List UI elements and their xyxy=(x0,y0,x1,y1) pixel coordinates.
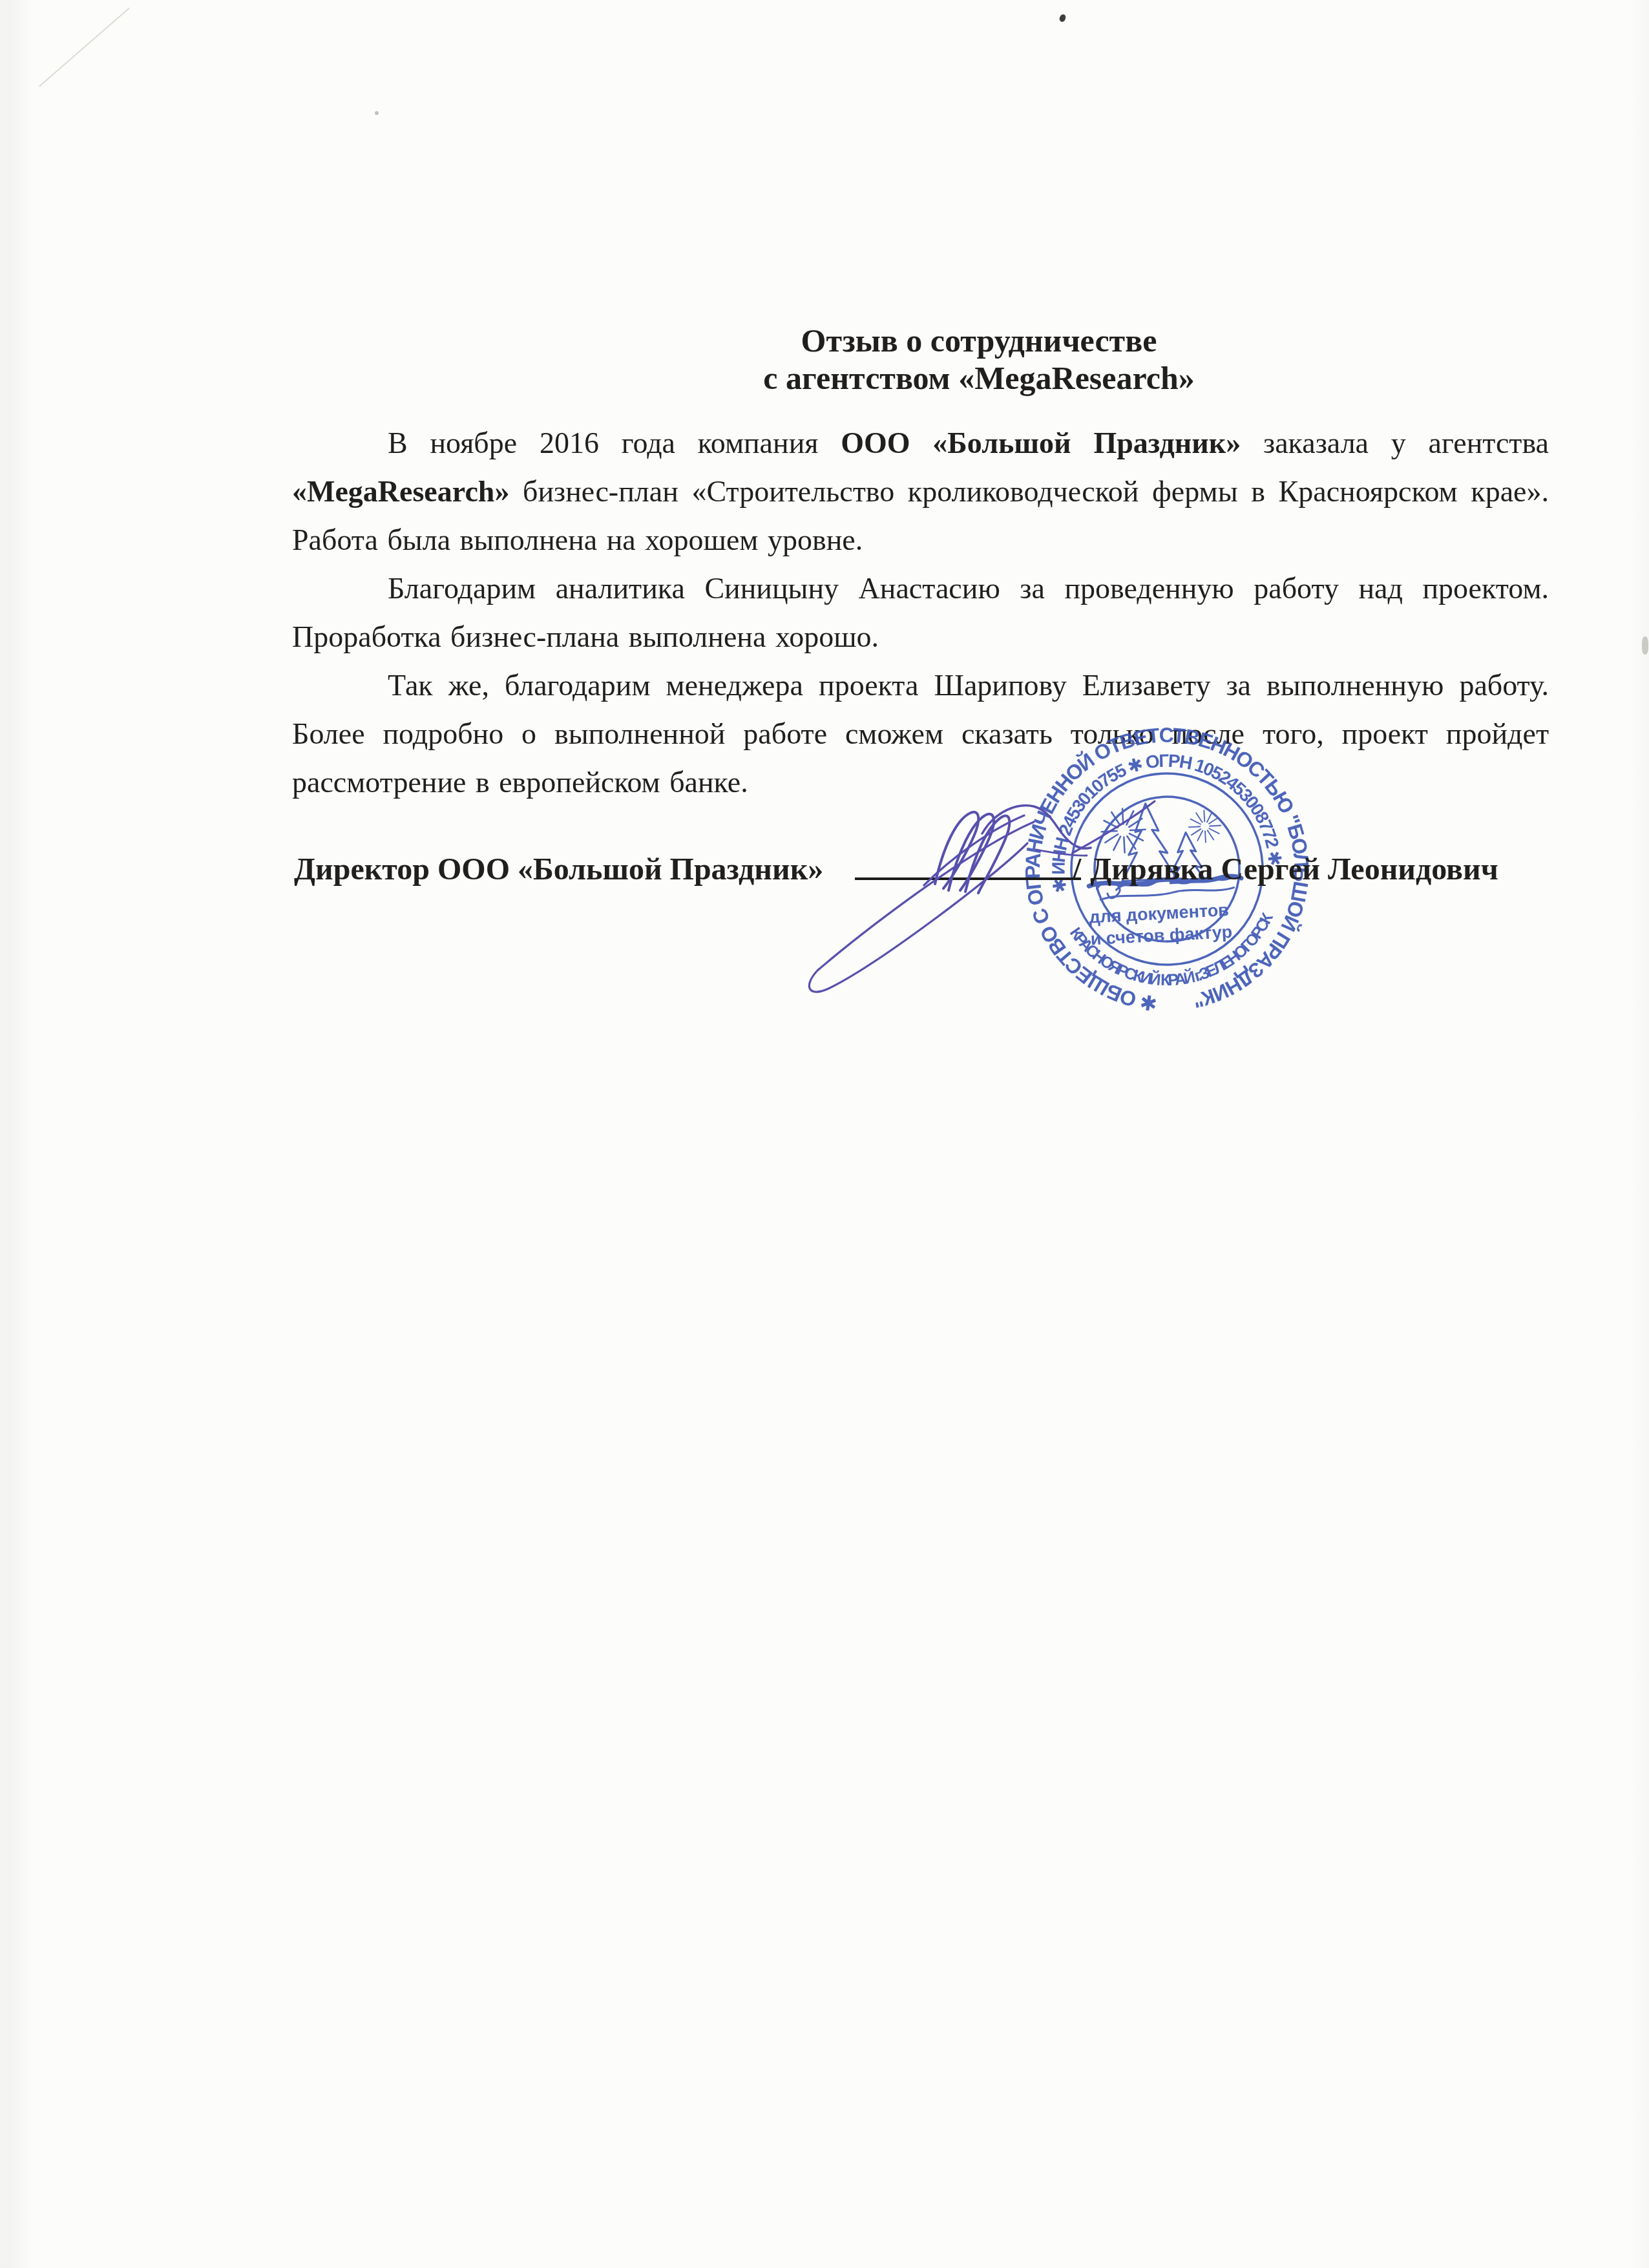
paragraph: В ноябре 2016 года компания ООО «Большой… xyxy=(292,419,1549,564)
scan-speck xyxy=(1058,14,1067,23)
scan-speck xyxy=(1642,636,1648,655)
signature-strokes xyxy=(809,801,1155,992)
scan-scratch xyxy=(39,8,130,87)
document-title-line1: Отзыв о сотрудничестве xyxy=(349,322,1609,359)
handwritten-signature xyxy=(769,775,1189,1021)
paragraph: Благодарим аналитика Синицыну Анастасию … xyxy=(292,564,1549,661)
scan-speck xyxy=(375,111,379,115)
scanned-letter-page: Отзыв о сотрудничестве с агентством «Meg… xyxy=(0,0,1649,2268)
signatory-title: Директор ООО «Большой Праздник» xyxy=(294,852,823,887)
document-title: Отзыв о сотрудничестве с агентством «Meg… xyxy=(349,322,1609,397)
document-body: В ноябре 2016 года компания ООО «Большой… xyxy=(292,419,1549,806)
document-title-line2: с агентством «MegaResearch» xyxy=(349,359,1609,397)
